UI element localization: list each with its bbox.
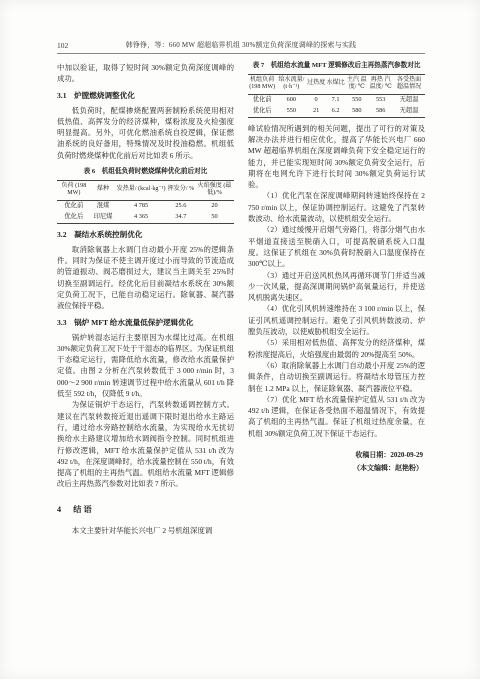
table7-cell: 550 <box>276 106 306 118</box>
paragraph-item-6: （6）取消除氧器上水调门自动最小开度 25%的逻辑条件，自动切换至副调运行。将凝… <box>248 360 425 394</box>
article-footnotes: 收稿日期：2020-09-29 （本文编辑：赵艳粉） <box>248 449 425 475</box>
page-number: 102 <box>57 41 117 50</box>
table6-cell: 4 785 <box>115 200 166 212</box>
paragraph: 锅炉转湿态运行主要原因为水煤比过高。在机组 30%额定负荷工况下处于干湿态的临界… <box>57 332 234 400</box>
table6-header-cell: 煤种 <box>91 180 116 200</box>
section-heading-3-1: 3.1 炉膛燃烧调整优化 <box>57 90 234 101</box>
table-row: 优化前 600 0 7.1 550 553 无超温 <box>248 94 425 106</box>
table6-cell: 34.7 <box>167 212 195 224</box>
table6-header-row: 负荷 (198 MW) 煤种 发热量/ (kcal·kg⁻¹) 挥发分/ % 火… <box>57 180 234 200</box>
table6-cell: 优化后 <box>57 212 91 224</box>
table6-cell: 印尼煤 <box>91 212 116 224</box>
paragraph: 低负荷时，配煤掺烧配置两套制粉系统使用相对低热值、高挥发分的经济煤种，煤粉浓度及… <box>57 105 234 161</box>
table7-cell: 550 <box>345 94 368 106</box>
table7-header-cell: 机组负荷 (198 MW) <box>248 74 276 94</box>
running-head: 102 韩铮铮，等：660 MW 超超临界机组 30%额定负荷深度调峰的探索与实… <box>57 40 425 54</box>
table6-caption: 表 6 机组低负荷时燃烧煤种优化前后对比 <box>59 168 232 177</box>
right-column: 表 7 机组给水流量 MFT 逻辑修改后主再热蒸汽参数对比 机组负荷 (198 … <box>248 62 425 536</box>
table6-cell: 优化前 <box>57 200 91 212</box>
editor-credit: （本文编辑：赵艳粉） <box>248 462 423 475</box>
table7-cell: 优化后 <box>248 106 276 118</box>
table6-header-cell: 负荷 (198 MW) <box>57 180 91 200</box>
paragraph: 本文主要针对华能长兴电厂 2 号机组深度调 <box>57 525 234 536</box>
paragraph-item-7: （7）优化 MFT 给水流量保护定值从 531 t/h 改为 492 t/h 逻… <box>248 394 425 439</box>
table7-caption: 表 7 机组给水流量 MFT 逻辑修改后主再热蒸汽参数对比 <box>250 62 423 71</box>
table7-cell: 优化前 <box>248 94 276 106</box>
two-column-layout: 中加以验证，取得了短时间 30%额定负荷深度调峰的成功。 3.1 炉膛燃烧调整优… <box>57 62 425 536</box>
table-row: 优化前 混煤 4 785 25.6 20 <box>57 200 234 212</box>
table7-cell: 553 <box>368 94 393 106</box>
received-date: 收稿日期：2020-09-29 <box>248 449 423 462</box>
table7-cell: 586 <box>368 106 393 118</box>
table7-head: 机组负荷 (198 MW) 给水流量/ (t·h⁻¹) 过热度 水煤比 主汽 温… <box>248 74 425 94</box>
paragraph: 取消除氧器上水调门自动最小开度 25%的逻辑条件。同时为保证不使主调开度过小而导… <box>57 244 234 312</box>
table7-cell: 580 <box>345 106 368 118</box>
scanned-page: 102 韩铮铮，等：660 MW 超超临界机组 30%额定负荷深度调峰的探索与实… <box>0 0 480 679</box>
table7-header-cell: 水煤比 <box>326 74 345 94</box>
table7-cell: 7.1 <box>326 94 345 106</box>
paragraph: 为保证锅炉干态运行，汽泵转数遥调控制方式。建议在汽泵转数接近退出遥调下限时退出给… <box>57 399 234 489</box>
table-row: 优化后 550 21 6.2 580 586 无超温 <box>248 106 425 118</box>
table6-cell: 20 <box>195 200 234 212</box>
table7-cell: 21 <box>306 106 325 118</box>
paragraph-item-4: （4）优化引风机转速维持在 3 100 r/min 以上，保证引风机遥调控制运行… <box>248 303 425 337</box>
table7-header-cell: 再热 汽温度/ ℃ <box>368 74 393 94</box>
table6: 负荷 (198 MW) 煤种 发热量/ (kcal·kg⁻¹) 挥发分/ % 火… <box>57 180 234 224</box>
table7-header-cell: 主汽 温度/ ℃ <box>345 74 368 94</box>
paragraph-item-3: （3）通过开启送风机热风再循环调节门并适当减少一次风量，提高深调期间锅炉高氧量运… <box>248 270 425 304</box>
paragraph-continuation: 峰试验情况所遇到的相关问题，提出了可行的对策及解决办法并进行相应优化，提高了华能… <box>248 123 425 191</box>
table7-cell: 0 <box>306 94 325 106</box>
table-row: 优化后 印尼煤 4 365 34.7 50 <box>57 212 234 224</box>
table7-body: 优化前 600 0 7.1 550 553 无超温 优化后 550 21 6.2… <box>248 94 425 117</box>
paragraph-item-5: （5）采用相对低热值、高挥发分的经济煤种，煤粉浓度提高后，火焰强度由最弱的 20… <box>248 337 425 360</box>
table6-header-cell: 火焰强度 (最低)/% <box>195 180 234 200</box>
section-heading-3-2: 3.2 凝结水系统控制优化 <box>57 229 234 240</box>
paragraph-item-1: （1）优化汽泵在深度调峰期间转速始终保持在 2 750 r/min 以上，保证协… <box>248 190 425 224</box>
table7-cell: 无超温 <box>393 106 425 118</box>
table6-cell: 混煤 <box>91 200 116 212</box>
table6-body: 优化前 混煤 4 785 25.6 20 优化后 印尼煤 4 365 34.7 … <box>57 200 234 223</box>
table6-header-cell: 发热量/ (kcal·kg⁻¹) <box>115 180 166 200</box>
running-title: 韩铮铮，等：660 MW 超超临界机组 30%额定负荷深度调峰的探索与实践 <box>117 40 365 50</box>
table6-cell: 25.6 <box>167 200 195 212</box>
table6-header-cell: 挥发分/ % <box>167 180 195 200</box>
table6-cell: 4 365 <box>115 212 166 224</box>
table7-header-cell: 给水流量/ (t·h⁻¹) <box>276 74 306 94</box>
paragraph-item-2: （2）通过缓慢开启烟气旁路门，将部分烟气由水平烟道直接送至脱硝入口，可提高脱硝系… <box>248 224 425 269</box>
table7: 机组负荷 (198 MW) 给水流量/ (t·h⁻¹) 过热度 水煤比 主汽 温… <box>248 74 425 118</box>
table7-header-cell: 各受热面 超温情况 <box>393 74 425 94</box>
left-column: 中加以验证，取得了短时间 30%额定负荷深度调峰的成功。 3.1 炉膛燃烧调整优… <box>57 62 234 536</box>
table7-cell: 无超温 <box>393 94 425 106</box>
table7-cell: 600 <box>276 94 306 106</box>
paragraph-continuation: 中加以验证，取得了短时间 30%额定负荷深度调峰的成功。 <box>57 62 234 85</box>
table6-head: 负荷 (198 MW) 煤种 发热量/ (kcal·kg⁻¹) 挥发分/ % 火… <box>57 180 234 200</box>
table7-header-cell: 过热度 <box>306 74 325 94</box>
table7-cell: 6.2 <box>326 106 345 118</box>
section-heading-3-3: 3.3 锅炉 MFT 给水流量低保护逻辑优化 <box>57 317 234 328</box>
table6-cell: 50 <box>195 212 234 224</box>
section-heading-4: 4 结语 <box>57 504 234 515</box>
table7-header-row: 机组负荷 (198 MW) 给水流量/ (t·h⁻¹) 过热度 水煤比 主汽 温… <box>248 74 425 94</box>
